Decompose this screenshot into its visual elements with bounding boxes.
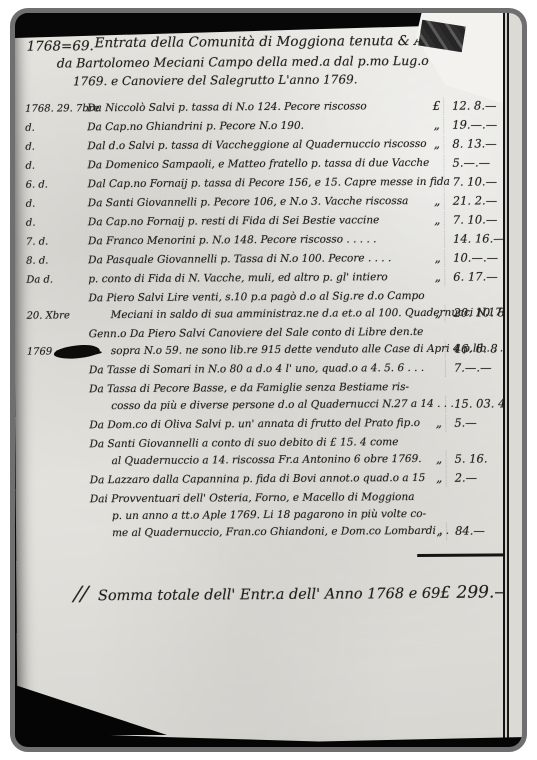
entry-description: Da Tassa di Pecore Basse, e da Famiglie …	[89, 379, 432, 415]
entry-date: d.	[21, 119, 87, 136]
entry-date: 6. d.	[22, 176, 88, 193]
ledger-entry: Dai Provventuari dell' Osteria, Forno, e…	[24, 488, 521, 542]
ledger-entry: Da Santi Giovannelli a conto di suo debi…	[23, 433, 520, 470]
entry-description: Da Cap.no Ghiandrini p. Pecore N.o 190.	[87, 117, 430, 136]
entry-description: Dal d.o Salvi p. tassa di Vaccheggione a…	[87, 136, 430, 155]
entry-description: p. conto di Fida di N. Vacche, muli, ed …	[88, 269, 431, 288]
entry-text-line: Da Cap.no Ghiandrini p. Pecore N.o 190.	[87, 117, 430, 136]
ledger-entry: 7. d. Da Franco Menorini p. N.o 148. Pec…	[22, 230, 519, 250]
entry-description: Da Niccolò Salvi p. tassa di N.o 124. Pe…	[87, 98, 430, 117]
ledger-entry: d. Da Domenico Sampaoli, e Matteo fratel…	[21, 154, 518, 174]
entry-description: Dal Cap.no Fornaij p. tassa di Pecore 15…	[88, 174, 431, 193]
page-binding-edge	[503, 13, 522, 747]
entry-text-line: Dal d.o Salvi p. tassa di Vaccheggione a…	[87, 136, 430, 155]
entry-date: 1769	[23, 343, 89, 360]
ledger-entry: d. Da Santi Giovannelli p. Pecore 106, e…	[22, 192, 519, 212]
entry-date: Da d.	[22, 271, 88, 288]
entry-description: Da Domenico Sampaoli, e Matteo fratello …	[87, 155, 430, 174]
ledger-entry: 1769 Genn.o Da Piero Salvi Canoviere del…	[23, 323, 520, 360]
entry-text-line: sopra N.o 59. ne sono lib.re 915 dette v…	[111, 341, 432, 360]
entry-description: Da Santi Giovannelli p. Pecore 106, e N.…	[88, 193, 431, 212]
entry-description: Da Franco Menorini p. N.o 148. Pecore ri…	[88, 231, 431, 250]
entry-text-line: p. conto di Fida di N. Vacche, muli, ed …	[88, 269, 431, 288]
ditto-mark: „	[432, 451, 445, 468]
ditto-mark: „	[431, 193, 444, 210]
entry-date: d.	[22, 214, 88, 231]
entry-description: Da Tasse di Somari in N.o 80 a d.o 4 l' …	[89, 360, 432, 379]
ledger-entry: d. Dal d.o Salvi p. tassa di Vaccheggion…	[21, 135, 518, 155]
currency-symbol: £	[440, 583, 450, 602]
entry-date: 1768. 29. 7bre	[21, 100, 87, 117]
entry-text-line: Dal Cap.no Fornaij p. tassa di Pecore 15…	[88, 174, 431, 193]
entry-text-line: Da Santi Giovannelli p. Pecore 106, e N.…	[88, 193, 431, 212]
entry-description: Da Piero Salvi Lire venti, s.10 p.a pagò…	[88, 288, 431, 324]
ditto-mark: „	[433, 523, 446, 540]
entry-text-line: Da Cap.no Fornaij p. resti di Fida di Se…	[88, 212, 431, 231]
entry-date: 20. Xbre	[22, 307, 88, 324]
ledger-entry: d. Da Cap.no Ghiandrini p. Pecore N.o 19…	[21, 116, 518, 136]
ledger-entry: 1768. 29. 7bre Da Niccolò Salvi p. tassa…	[21, 97, 518, 117]
entry-date: d.	[21, 157, 87, 174]
ditto-mark: „	[430, 136, 443, 153]
entry-description: Da Santi Giovannelli a conto di suo debi…	[89, 434, 432, 470]
ditto-mark: £	[430, 98, 443, 115]
total-row: // Somma totale dell' Entr.a dell' Anno …	[16, 578, 523, 606]
ledger-entry: Da Tassa di Pecore Basse, e da Famiglie …	[23, 378, 520, 415]
entry-date: d.	[21, 138, 87, 155]
ledger-entry: Da d. p. conto di Fida di N. Vacche, mul…	[22, 268, 519, 288]
entry-description: Dai Provventuari dell' Osteria, Forno, e…	[90, 489, 433, 542]
closing-slashes: //	[71, 581, 92, 605]
entry-description: Genn.o Da Piero Salvi Canoviere del Sale…	[89, 324, 432, 360]
ditto-mark: „	[431, 212, 444, 229]
ledger-entry: Da Tasse di Somari in N.o 80 a d.o 4 l' …	[23, 359, 520, 379]
entry-text-line: Meciani in saldo di sua amministraz.ne d…	[110, 305, 431, 324]
total-label: Somma totale dell' Entr.a dell' Anno 176…	[98, 586, 440, 604]
entry-description: Da Pasquale Giovannelli p. Tassa di N.o …	[88, 250, 431, 269]
ledger-entry: 8. d. Da Pasquale Giovannelli p. Tassa d…	[22, 249, 519, 269]
scan-frame: 1768=69. Entrata della Comunità di Moggi…	[10, 8, 527, 752]
entry-description: Da Dom.co di Oliva Salvi p. un' annata d…	[89, 415, 432, 434]
year-label: 1768=69.	[27, 38, 94, 54]
entry-text-line: me al Quadernuccio, Fran.co Ghiandoni, e…	[112, 523, 433, 542]
entry-text-line: al Quadernuccio a 14. riscossa Fr.a Anto…	[112, 451, 433, 470]
ditto-mark: „	[431, 269, 444, 286]
ledger-entry: d. Da Cap.no Fornaij p. resti di Fida di…	[22, 211, 519, 231]
ditto-mark: „	[433, 470, 446, 487]
ledger-entry: 20. Xbre Da Piero Salvi Lire venti, s.10…	[22, 287, 519, 324]
entry-text-line: Da Domenico Sampaoli, e Matteo fratello …	[87, 155, 430, 174]
entry-description: Da Cap.no Fornaij p. resti di Fida di Se…	[88, 212, 431, 231]
entry-date: 7. d.	[22, 233, 88, 250]
ditto-mark: „	[431, 305, 444, 322]
ledger-entries: 1768. 29. 7bre Da Niccolò Salvi p. tassa…	[13, 97, 523, 543]
entry-text-line: Da Tasse di Somari in N.o 80 a d.o 4 l' …	[89, 360, 432, 379]
ledger-entry: Da Dom.co di Oliva Salvi p. un' annata d…	[23, 414, 520, 434]
entry-text-line: Da Pasquale Giovannelli p. Tassa di N.o …	[88, 250, 431, 269]
ditto-mark: „	[432, 415, 445, 432]
entry-text-line: Da Franco Menorini p. N.o 148. Pecore ri…	[88, 231, 431, 250]
entry-text-line: Da Niccolò Salvi p. tassa di N.o 124. Pe…	[87, 98, 430, 117]
entry-description: Da Lazzaro dalla Capannina p. fida di Bo…	[90, 470, 433, 489]
manuscript-page: 1768=69. Entrata della Comunità di Moggi…	[12, 11, 524, 749]
ditto-mark: „	[430, 117, 443, 134]
entry-date: 8. d.	[22, 252, 88, 269]
entry-text-line: cosso da più e diverse persone d.o al Qu…	[111, 396, 432, 415]
ledger-entry: 6. d. Dal Cap.no Fornaij p. tassa di Pec…	[22, 173, 519, 193]
entry-text-line: Da Dom.co di Oliva Salvi p. un' annata d…	[89, 415, 432, 434]
ledger-entry: Da Lazzaro dalla Capannina p. fida di Bo…	[24, 469, 521, 489]
entry-date: d.	[22, 195, 88, 212]
ditto-mark: „	[431, 250, 444, 267]
entry-text-line: Da Lazzaro dalla Capannina p. fida di Bo…	[90, 470, 433, 489]
